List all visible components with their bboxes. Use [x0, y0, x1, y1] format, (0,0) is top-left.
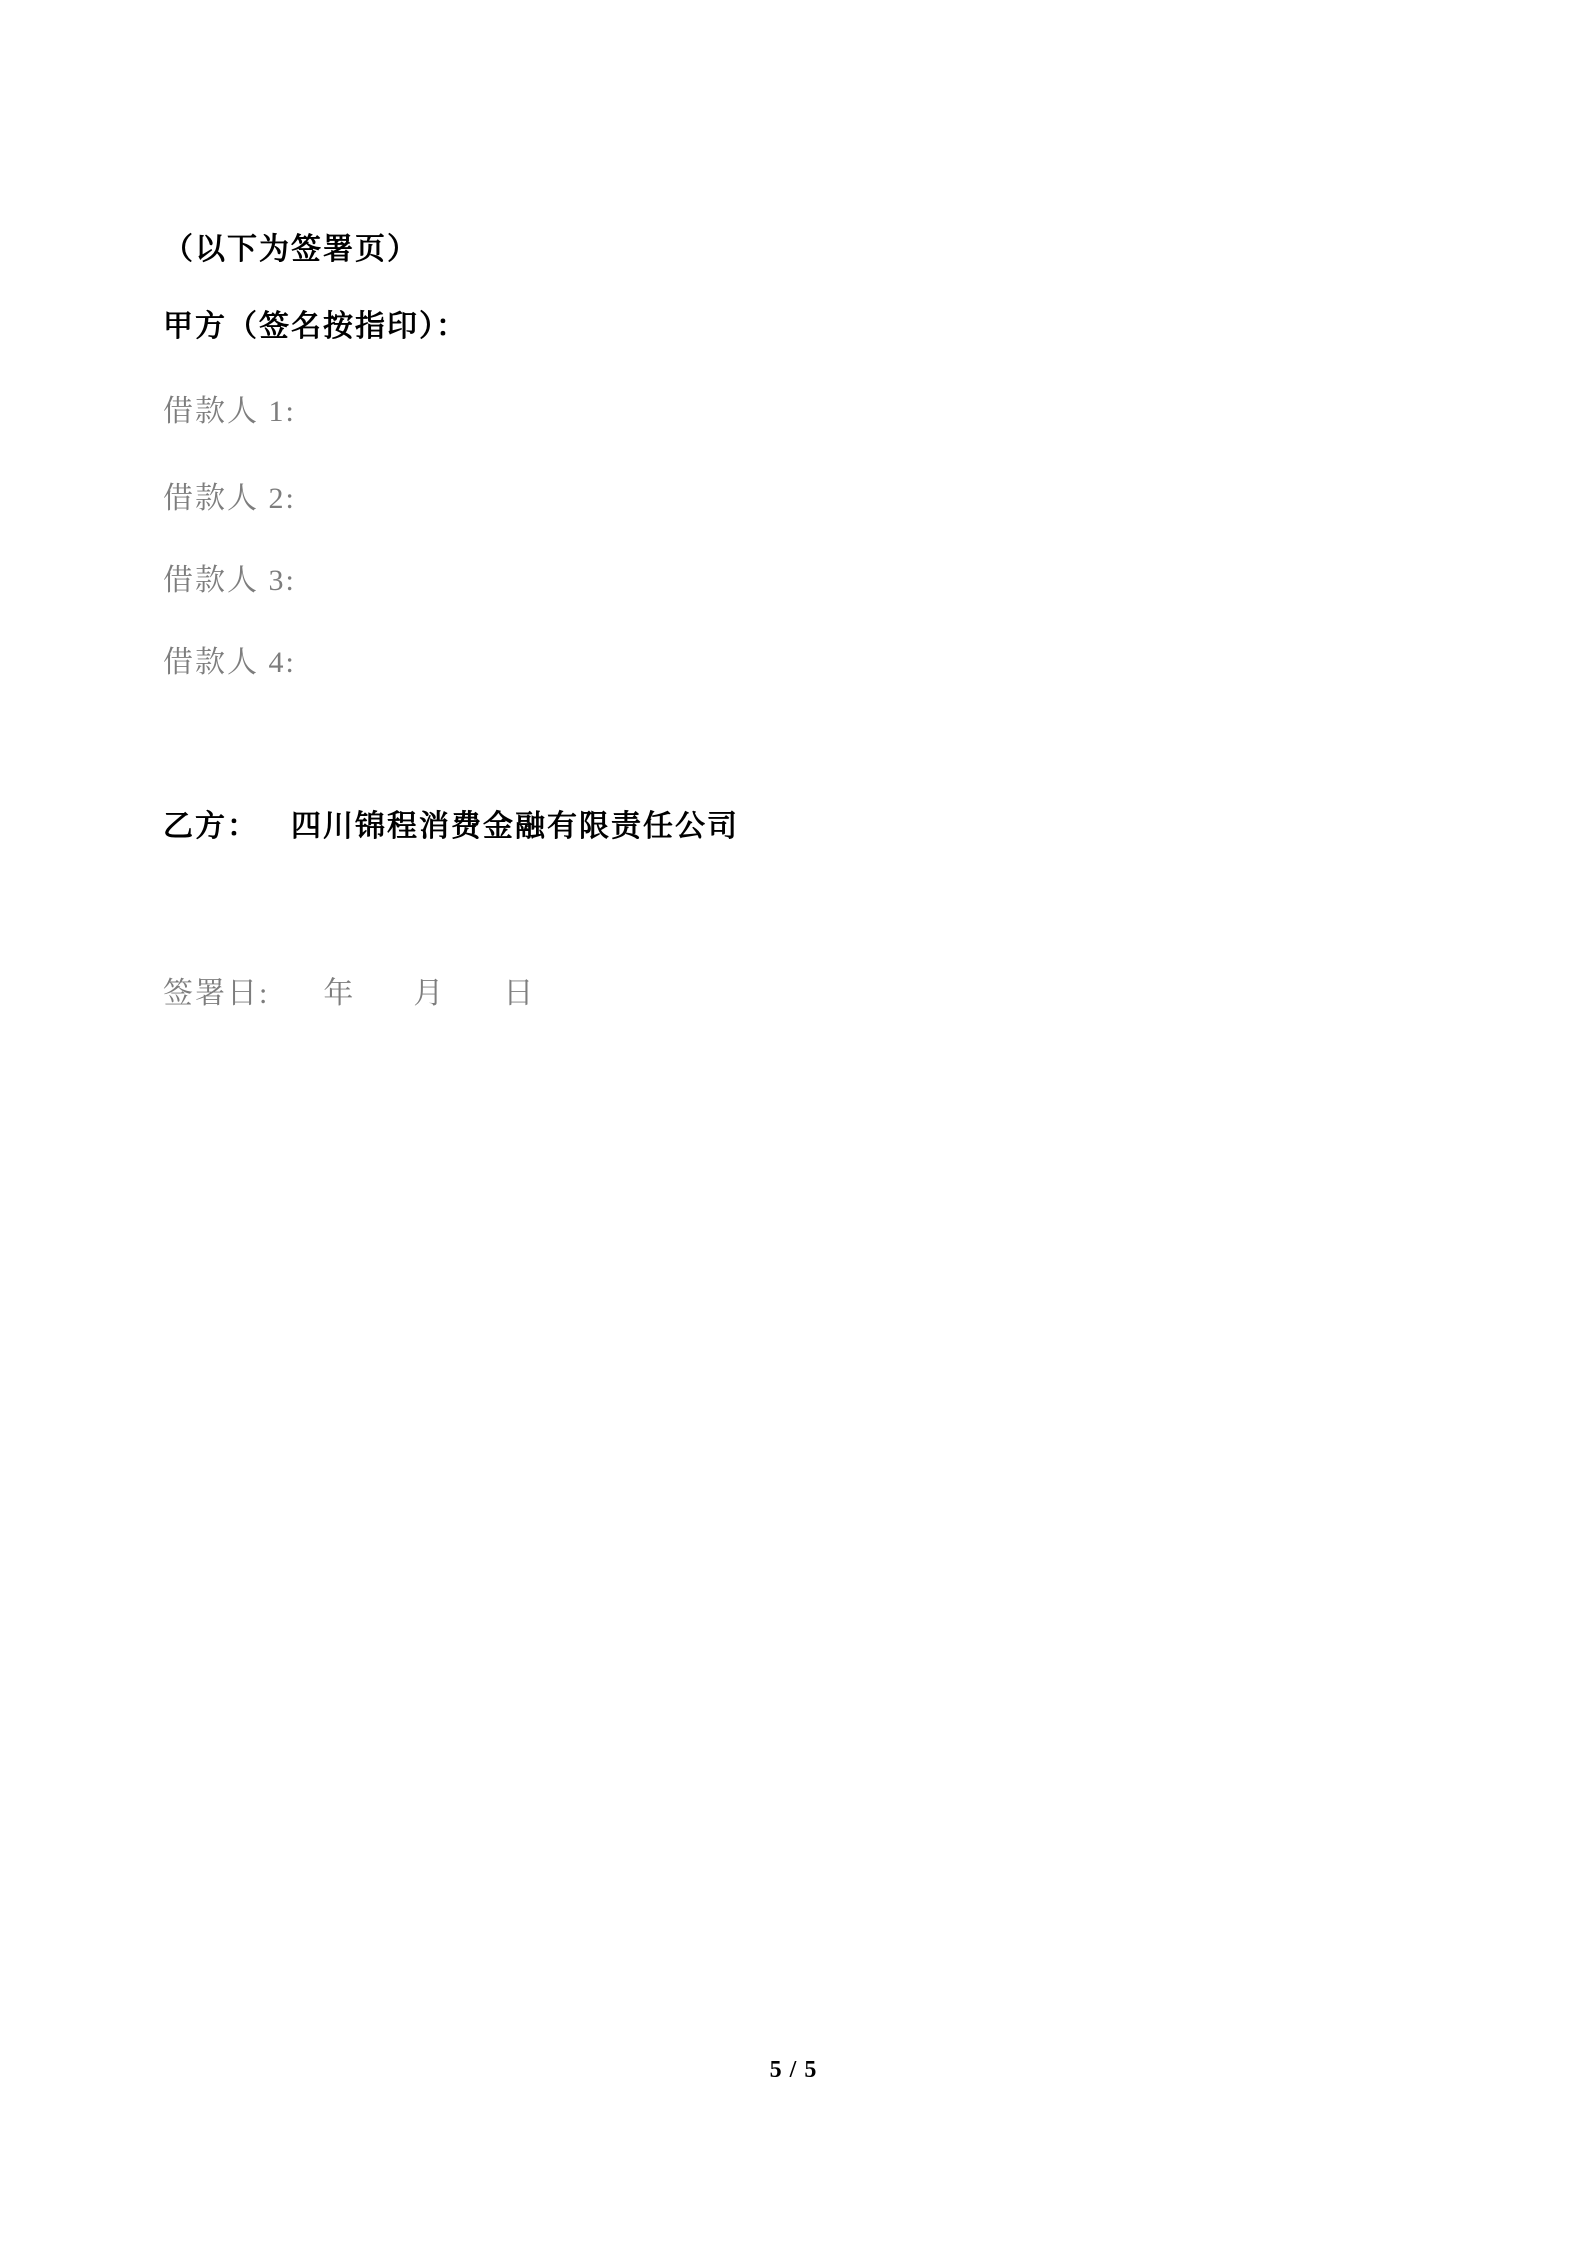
borrower-2-line: 借款人 2: — [163, 482, 296, 515]
sign-date-label: 签署日: — [163, 977, 269, 1010]
date-year-label: 年 — [323, 977, 355, 1010]
party-b-line: 乙方：四川锦程消费金融有限责任公司 — [163, 810, 739, 843]
borrower-1-line: 借款人 1: — [163, 395, 296, 428]
page-number: 5 / 5 — [0, 2057, 1587, 2084]
party-a-heading: 甲方（签名按指印）： — [163, 310, 468, 343]
document-page: （以下为签署页） 甲方（签名按指印）： 借款人 1: 借款人 2: 借款人 3:… — [0, 0, 1587, 2245]
date-day-label: 日 — [503, 977, 535, 1010]
party-b-label: 乙方： — [163, 810, 259, 843]
borrower-3-line: 借款人 3: — [163, 564, 296, 597]
signature-page-note: （以下为签署页） — [163, 233, 419, 266]
party-b-name: 四川锦程消费金融有限责任公司 — [291, 810, 739, 843]
date-month-label: 月 — [413, 977, 445, 1010]
borrower-4-line: 借款人 4: — [163, 646, 296, 679]
sign-date-line: 签署日:年月日 — [163, 977, 535, 1010]
